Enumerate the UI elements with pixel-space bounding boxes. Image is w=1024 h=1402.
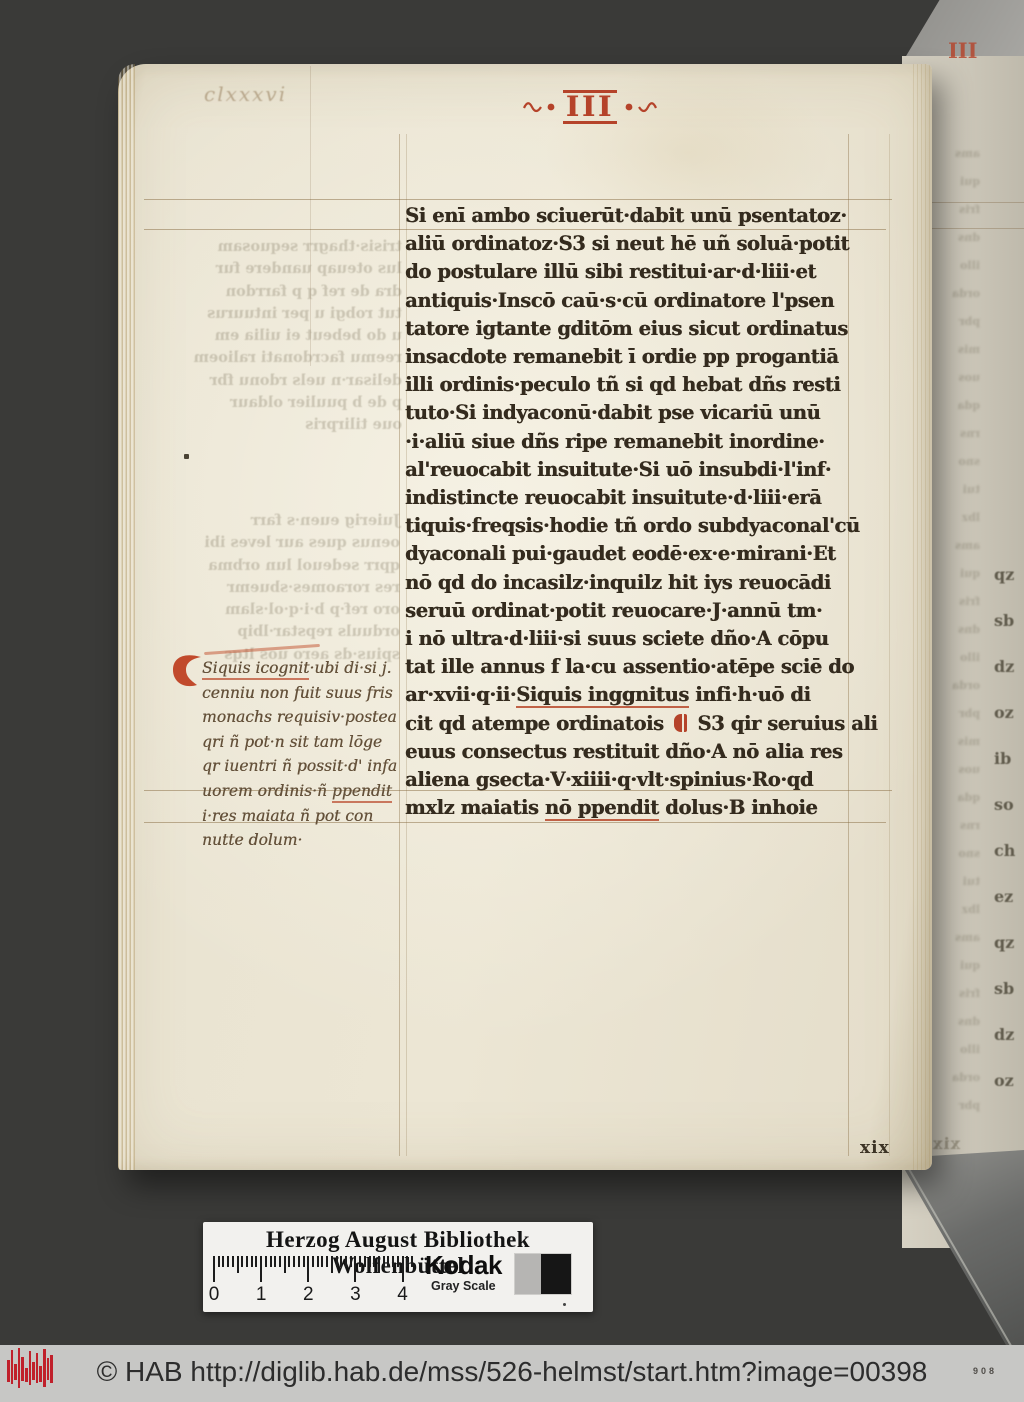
text-line: u do bebeut ei uilia em — [184, 325, 402, 347]
text-line: sb — [994, 966, 1020, 1012]
text-line: oz — [994, 690, 1020, 736]
color-scale-card: Herzog August Bibliothek Wolfenbüttel 01… — [203, 1222, 593, 1312]
facing-heading-showthrough: III — [948, 38, 977, 63]
text-line: lus oteuap uandere fur — [184, 258, 402, 280]
text-line: do postulare illū sibi restitui·ar·d·lii… — [405, 258, 863, 286]
main-text-block: Si enī ambo sciuerūt·dabit unū psentatoz… — [405, 202, 863, 822]
ruler-number: 0 — [209, 1284, 220, 1306]
ruler-tick — [303, 1256, 305, 1267]
ruler-tick — [274, 1256, 276, 1267]
text-line: delisar·n uels rdonu fbr — [184, 370, 402, 392]
text-line: dyaconali pui·gaudet eodē·ex·e·mirani·Et — [405, 540, 863, 568]
text-line: seruū ordinat·potit reuocare·J·annū tm· — [405, 597, 863, 625]
ruler-tick — [307, 1256, 309, 1282]
ruler-tick — [402, 1256, 404, 1282]
ruler-tick — [364, 1256, 366, 1267]
text-segment: cenniu non fuit suus fris — [202, 684, 393, 702]
text-line: cenniu non fuit suus fris — [202, 681, 408, 706]
ruler-tick — [383, 1256, 385, 1267]
text-segment: ar·xvii·q·ii· — [405, 683, 516, 706]
text-segment: i nō ultra·d·liii·si suus sciete dño·A c… — [405, 627, 828, 650]
text-segment: antiquis·Inscō caū·s·cū ordinatore l'pse… — [405, 289, 834, 312]
text-segment: infi·h·uō di — [689, 683, 811, 706]
text-line: uorem ordinis·ñ ppendit — [202, 779, 408, 804]
text-line: qri ñ pot·n sit tam lōge — [202, 730, 408, 755]
facing-text-fragments: qzsbdzozibsochezqzsbdzoz — [994, 552, 1020, 1112]
ruler-tick — [237, 1256, 239, 1273]
ruler-tick — [321, 1256, 323, 1267]
page-edge-stack-right — [910, 64, 932, 1170]
text-segment: qr iuentri ñ possit·d' infa — [202, 757, 397, 775]
marginal-gloss: Siquis icognit·ubi di·si j.cenniu non fu… — [202, 656, 408, 853]
quire-signature: xix — [860, 1138, 890, 1158]
ruler-numbers: 01234 — [213, 1284, 411, 1306]
text-segment: ·i·aliū siue dñs ripe remanebit inordine… — [405, 430, 825, 453]
ink-showthrough-block: Juierig euen·s farroenus ques aur leves … — [178, 510, 400, 666]
ruler-tick — [345, 1256, 347, 1267]
rubric-flourish-icon — [523, 101, 557, 113]
text-segment: dyaconali pui·gaudet eodē·ex·e·mirani·Et — [405, 542, 836, 565]
facing-quire-signature: xix — [932, 1134, 960, 1153]
text-line: oue tilirpris — [184, 414, 402, 436]
text-segment: dolus·B inhoie — [659, 796, 818, 819]
text-segment: monachs requisiv·postea — [202, 708, 397, 726]
manuscript-page: clxxxvi III trisis·thagrr sequosamlus ot… — [118, 64, 932, 1170]
text-line: aliena gsecta·V·xiiii·q·vlt·spinius·Ro·q… — [405, 766, 863, 794]
ruler-tick — [298, 1256, 300, 1267]
ruler-tick — [397, 1256, 399, 1267]
text-segment: euus consectus restituit dño·A nō alia r… — [405, 740, 843, 763]
text-segment: Siquis inggnitus — [516, 683, 689, 708]
ruler-tick — [373, 1256, 375, 1267]
text-line: nō qd do incasilz·inquilz hit iys reuocā… — [405, 569, 863, 597]
ruler-tick — [255, 1256, 257, 1267]
text-segment: indistincte reuocabit insuitute·d·liii·e… — [405, 486, 821, 509]
ruler-tick — [359, 1256, 361, 1267]
ruler-tick — [279, 1256, 281, 1267]
gloss-paragraph-mark-icon — [170, 650, 204, 692]
text-line: aliū ordinatoz·S3 si neut hē uñ soluā·po… — [405, 230, 863, 258]
text-segment: tiquis·freqsis·hodie tñ ordo subdyaconal… — [405, 514, 860, 537]
text-segment: ppendit — [332, 782, 392, 803]
text-segment: nō qd do incasilz·inquilz hit iys reuocā… — [405, 571, 831, 594]
book-number-heading: III — [510, 90, 670, 124]
ruler-number: 3 — [350, 1284, 361, 1306]
ruler-tick — [213, 1256, 215, 1282]
text-segment: ·ubi di·si j. — [309, 659, 391, 677]
text-line: tatore igtante gditōm eius sicut ordinat… — [405, 315, 863, 343]
text-segment: mxlz maiatis — [405, 796, 545, 819]
text-line: res roraomes·sbuemr — [178, 577, 400, 599]
ruler-number: 2 — [303, 1284, 314, 1306]
ruler-tick — [406, 1256, 408, 1267]
ruler-tick — [354, 1256, 356, 1282]
ruler-tick — [317, 1256, 319, 1267]
text-line: qprr sedeuol lun orbma — [178, 555, 400, 577]
ruler-tick — [293, 1256, 295, 1267]
text-line: sb — [994, 598, 1020, 644]
ruler-tick — [241, 1256, 243, 1267]
text-line: dra de ref q p farrdon — [184, 281, 402, 303]
text-line: al'reuocabit insuitute·Si uō insubdi·l'i… — [405, 456, 863, 484]
text-segment: al'reuocabit insuitute·Si uō insubdi·l'i… — [405, 458, 831, 481]
text-line: indistincte reuocabit insuitute·d·liii·e… — [405, 484, 863, 512]
text-line: ·i·aliū siue dñs ripe remanebit inordine… — [405, 428, 863, 456]
ruler-tick — [218, 1256, 220, 1267]
text-line: p de b puulier oldaur — [184, 392, 402, 414]
ruler-tick — [411, 1256, 413, 1267]
ruler-tick — [288, 1256, 290, 1267]
ruler-tick — [350, 1256, 352, 1267]
text-segment: i·res maiata ñ pot con — [202, 807, 373, 825]
text-line: i nō ultra·d·liii·si suus sciete dño·A c… — [405, 625, 863, 653]
text-line: reemu facrdonati ralioem — [184, 347, 402, 369]
ruler-tick — [378, 1256, 380, 1273]
corner-code: 908 — [973, 1366, 997, 1376]
red-paragraph-mark — [674, 714, 687, 732]
text-line: ib — [994, 736, 1020, 782]
text-segment: tuto·Si indyaconū·dabit pse vicariū unū — [405, 401, 820, 424]
copyright-bar: © HAB http://diglib.hab.de/mss/526-helms… — [0, 1345, 1024, 1402]
ink-showthrough-block: trisis·thagrr sequosamlus oteuap uandere… — [184, 236, 402, 437]
ruler-tick — [331, 1256, 333, 1273]
faded-folio-mark: clxxxvi — [204, 82, 287, 106]
text-segment: cit qd atempe ordinatois — [405, 712, 670, 735]
ink-speck — [184, 454, 189, 459]
text-segment: nutte dolum· — [202, 831, 302, 849]
ruler-tick — [312, 1256, 314, 1267]
copyright-text: © HAB http://diglib.hab.de/mss/526-helms… — [0, 1356, 1024, 1388]
text-line: mxlz maiatis nō ppendit dolus·B inhoie — [405, 794, 863, 822]
ruling-line — [144, 199, 892, 200]
text-segment: qri ñ pot·n sit tam lōge — [202, 733, 382, 751]
text-segment: seruū ordinat·potit reuocare·J·annū tm· — [405, 599, 822, 622]
ruler-number: 1 — [256, 1284, 267, 1306]
text-line: antiquis·Inscō caū·s·cū ordinatore l'pse… — [405, 287, 863, 315]
text-line: Si enī ambo sciuerūt·dabit unū psentatoz… — [405, 202, 863, 230]
text-segment: insacdote remanebit ī ordie pp progantiā — [405, 345, 838, 368]
gray-scale-patch — [515, 1254, 571, 1294]
patch-dark — [541, 1254, 571, 1294]
text-line: tut robgi u per intuurus — [184, 303, 402, 325]
text-segment: Siquis icognit — [202, 659, 309, 680]
text-line: dz — [994, 644, 1020, 690]
text-line: Juierig euen·s farr — [178, 510, 400, 532]
text-line: tiquis·freqsis·hodie tñ ordo subdyaconal… — [405, 512, 863, 540]
text-segment: tat ille annus f la·cu assentio·atēpe sc… — [405, 655, 854, 678]
brand-label: Kodak — [425, 1250, 502, 1281]
text-line: qz — [994, 552, 1020, 598]
card-dot — [563, 1303, 566, 1306]
text-line: tat ille annus f la·cu assentio·atēpe sc… — [405, 653, 863, 681]
ruling-line — [889, 134, 890, 1156]
text-line: nutte dolum· — [202, 828, 408, 853]
page-edge-stack-left — [118, 64, 135, 1170]
text-line: illi ordinis·peculo tñ si qd hebat dñs r… — [405, 371, 863, 399]
text-line: insacdote remanebit ī ordie pp progantiā — [405, 343, 863, 371]
ruler-tick — [227, 1256, 229, 1267]
rubric-flourish-icon — [623, 101, 657, 113]
text-line: cit qd atempe ordinatois S3 qir seruius … — [405, 710, 863, 738]
ruler-ticks — [213, 1256, 411, 1282]
text-line: ar·xvii·q·ii·Siquis inggnitus infi·h·uō … — [405, 681, 863, 709]
ruler-tick — [336, 1256, 338, 1267]
text-segment: do postulare illū sibi restitui·ar·d·lii… — [405, 260, 816, 283]
text-line: i·res maiata ñ pot con — [202, 804, 408, 829]
cm-ruler: 01234 — [213, 1256, 411, 1308]
manuscript-scan: III amsquifrisdnsilloordapbrmisuosqdarns… — [0, 0, 1024, 1402]
text-line: qr iuentri ñ possit·d' infa — [202, 754, 408, 779]
text-segment: nō ppendit — [545, 796, 659, 821]
text-line: dz — [994, 1012, 1020, 1058]
text-line: oz — [994, 1058, 1020, 1104]
ruler-number: 4 — [397, 1284, 408, 1306]
ruler-tick — [251, 1256, 253, 1267]
ruler-tick — [265, 1256, 267, 1267]
ruler-tick — [387, 1256, 389, 1267]
ruler-tick — [326, 1256, 328, 1267]
ruler-tick — [369, 1256, 371, 1267]
text-segment: Si enī ambo sciuerūt·dabit unū psentatoz… — [405, 204, 847, 227]
text-segment: S3 qir seruius ali — [691, 712, 877, 735]
ruler-tick — [232, 1256, 234, 1267]
ruler-tick — [246, 1256, 248, 1267]
text-line: trisis·thagrr sequosam — [184, 236, 402, 258]
ruler-tick — [340, 1256, 342, 1267]
text-line: monachs requisiv·postea — [202, 705, 408, 730]
text-line: so — [994, 782, 1020, 828]
text-line: oro ref·p b·i·q·ol·slam — [178, 599, 400, 621]
text-segment: illi ordinis·peculo tñ si qd hebat dñs r… — [405, 373, 840, 396]
text-line: orduuls repstar·lbip — [178, 621, 400, 643]
text-line: euus consectus restituit dño·A nō alia r… — [405, 738, 863, 766]
ruler-tick — [392, 1256, 394, 1267]
text-line: ch — [994, 828, 1020, 874]
text-segment: aliū ordinatoz·S3 si neut hē uñ soluā·po… — [405, 232, 849, 255]
ruler-tick — [270, 1256, 272, 1267]
text-segment: aliena gsecta·V·xiiii·q·vlt·spinius·Ro·q… — [405, 768, 813, 791]
ruler-tick — [260, 1256, 262, 1282]
brand-sublabel: Gray Scale — [431, 1279, 496, 1293]
patch-light — [515, 1254, 541, 1294]
book-number: III — [563, 90, 617, 124]
text-segment: tatore igtante gditōm eius sicut ordinat… — [405, 317, 848, 340]
text-line: tuto·Si indyaconū·dabit pse vicariū unū — [405, 399, 863, 427]
text-line: ez — [994, 874, 1020, 920]
ruler-tick — [222, 1256, 224, 1267]
text-line: Siquis icognit·ubi di·si j. — [202, 656, 408, 681]
ruler-tick — [284, 1256, 286, 1273]
text-line: oenus ques aur leves ibi — [178, 532, 400, 554]
text-line: qz — [994, 920, 1020, 966]
text-segment: uorem ordinis·ñ — [202, 782, 332, 800]
